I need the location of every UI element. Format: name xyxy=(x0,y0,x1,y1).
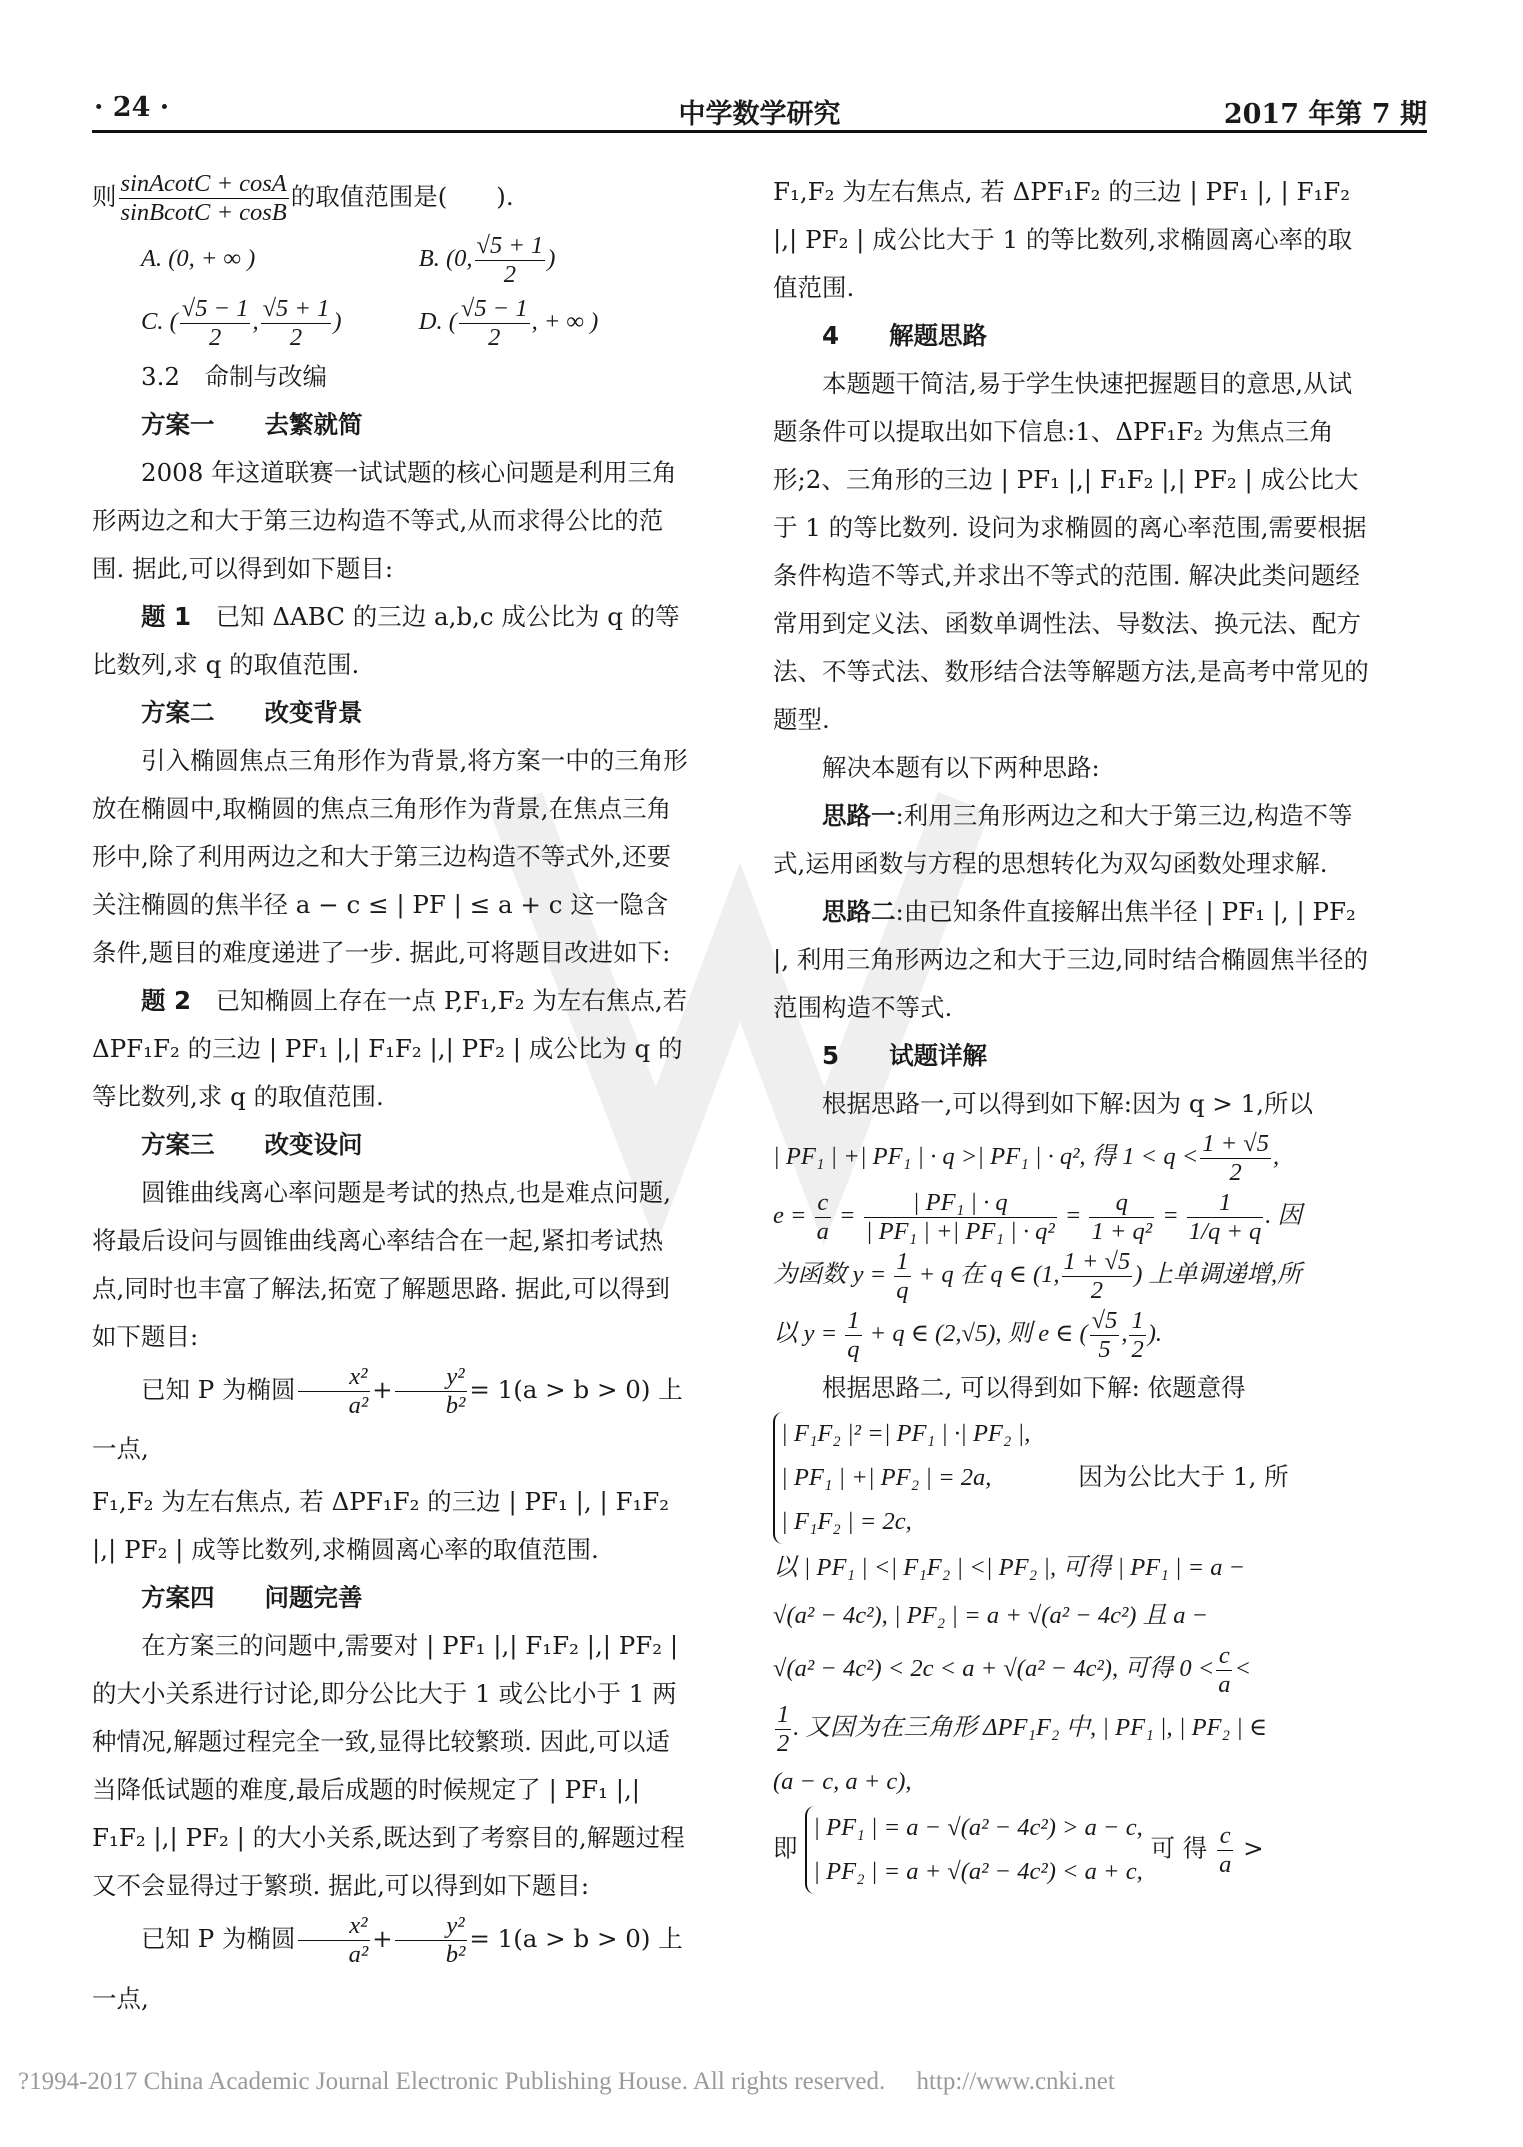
solution-1-intro: 根据思路一,可以得到如下解:因为 q > 1,所以 xyxy=(773,1080,1373,1128)
section-4-paragraph: 本题题干简洁,易于学生快速把握题目的意思,从试题条件可以提取出如下信息:1、ΔP… xyxy=(773,360,1373,744)
option-a: A. (0, + ∞ ) xyxy=(141,228,411,290)
section-4-ideas-intro: 解决本题有以下两种思路: xyxy=(773,744,1373,792)
plan4-question-rest: F₁,F₂ 为左右焦点, 若 ΔPF₁F₂ 的三边 | PF₁ |, | F₁F… xyxy=(773,168,1373,312)
solution-2-system-2: 即 | PF₁ | = a − √(a² − 4c²) > a − c, | P… xyxy=(773,1806,1373,1894)
copyright-footer: ?1994-2017 China Academic Journal Electr… xyxy=(18,2068,1115,2096)
answer-options: A. (0, + ∞ ) B. (0,√5 + 12) C. (√5 − 12,… xyxy=(92,227,692,353)
plan3-question: 已知 P 为椭圆x²a²+y²b²= 1(a > b > 0) 上一点, xyxy=(92,1361,692,1478)
solution-2-line-1: 以 | PF₁ | <| F₁F₂ | <| PF₂ |, 可得 | PF₁ |… xyxy=(773,1544,1373,1592)
question-2: 题 2 已知椭圆上存在一点 P,F₁,F₂ 为左右焦点,若 ΔPF₁F₂ 的三边… xyxy=(92,977,692,1121)
plan4-paragraph: 在方案三的问题中,需要对 | PF₁ |,| F₁F₂ |,| PF₂ | 的大… xyxy=(92,1622,692,1910)
solution-2-line-5: (a − c, a + c), xyxy=(773,1758,1373,1806)
question-fraction: sinAcotC + cosAsinBcotC + cosB xyxy=(119,170,289,227)
solution-2-line-4: 12. 又因为在三角形 ΔPF₁F₂ 中, | PF₁ |, | PF₂ | ∈ xyxy=(773,1699,1373,1758)
solution-1-range: 以 y = 1q + q ∈ (2,√5), 则 e ∈ (√55,12). xyxy=(773,1305,1373,1364)
cnki-url[interactable]: http://www.cnki.net xyxy=(916,2068,1114,2095)
solution-1-inequality: | PF₁ | +| PF₁ | · q >| PF₁ | · q², 得 1 … xyxy=(773,1128,1373,1187)
section-5-heading: 5试题详解 xyxy=(773,1032,1373,1080)
plan3-paragraph: 圆锥曲线离心率问题是考试的热点,也是难点问题,将最后设问与圆锥曲线离心率结合在一… xyxy=(92,1169,692,1361)
copyright-text: ?1994-2017 China Academic Journal Electr… xyxy=(18,2068,885,2095)
header-rule xyxy=(92,130,1427,133)
plan2-paragraph: 引入椭圆焦点三角形作为背景,将方案一中的三角形放在椭圆中,取椭圆的焦点三角形作为… xyxy=(92,737,692,977)
solution-2-line-3: √(a² − 4c²) < 2c < a + √(a² − 4c²), 可得 0… xyxy=(773,1640,1373,1699)
question-1: 题 1 已知 ΔABC 的三边 a,b,c 成公比为 q 的等比数列,求 q 的… xyxy=(92,593,692,689)
question-stem: 则sinAcotC + cosAsinBcotC + cosB的取值范围是( )… xyxy=(92,168,692,227)
idea-2: 思路二:由已知条件直接解出焦半径 | PF₁ |, | PF₂ |, 利用三角形… xyxy=(773,888,1373,1032)
left-column: 则sinAcotC + cosAsinBcotC + cosB的取值范围是( )… xyxy=(92,168,692,2028)
running-header: · 24 · 中学数学研究 2017 年第 7 期 xyxy=(92,92,1427,132)
option-b: B. (0,√5 + 12) xyxy=(419,245,556,272)
section-3-2-heading: 3.2 命制与改编 xyxy=(92,353,692,401)
solution-1-function: 为函数 y = 1q + q 在 q ∈ (1,1 + √52) 上单调递增,所 xyxy=(773,1246,1373,1305)
right-column: F₁,F₂ 为左右焦点, 若 ΔPF₁F₂ 的三边 | PF₁ |, | F₁F… xyxy=(773,168,1373,1894)
section-4-heading: 4解题思路 xyxy=(773,312,1373,360)
solution-2-line-2: √(a² − 4c²), | PF₂ | = a + √(a² − 4c²) 且… xyxy=(773,1592,1373,1640)
solution-2-intro: 根据思路二, 可以得到如下解: 依题意得 xyxy=(773,1364,1373,1412)
plan1-paragraph: 2008 年这道联赛一试试题的核心问题是利用三角形两边之和大于第三边构造不等式,… xyxy=(92,449,692,593)
idea-1: 思路一:利用三角形两边之和大于第三边,构造不等式,运用函数与方程的思想转化为双勾… xyxy=(773,792,1373,888)
option-c: C. (√5 − 12,√5 + 12) xyxy=(141,291,411,353)
solution-1-eccentricity: e = ca = | PF₁ | · q| PF₁ | +| PF₁ | · q… xyxy=(773,1187,1373,1246)
plan3-heading: 方案三改变设问 xyxy=(92,1121,692,1169)
solution-2-system: | F₁F₂ |² =| PF₁ | ·| PF₂ |, | PF₁ | +| … xyxy=(773,1412,1373,1544)
plan4-heading: 方案四问题完善 xyxy=(92,1574,692,1622)
option-d: D. (√5 − 12, + ∞ ) xyxy=(419,308,599,335)
plan2-heading: 方案二改变背景 xyxy=(92,689,692,737)
issue-label: 2017 年第 7 期 xyxy=(1224,92,1427,131)
plan4-question: 已知 P 为椭圆x²a²+y²b²= 1(a > b > 0) 上一点, xyxy=(92,1910,692,2027)
plan3-question-rest: F₁,F₂ 为左右焦点, 若 ΔPF₁F₂ 的三边 | PF₁ |, | F₁F… xyxy=(92,1478,692,1574)
plan1-heading: 方案一去繁就简 xyxy=(92,401,692,449)
